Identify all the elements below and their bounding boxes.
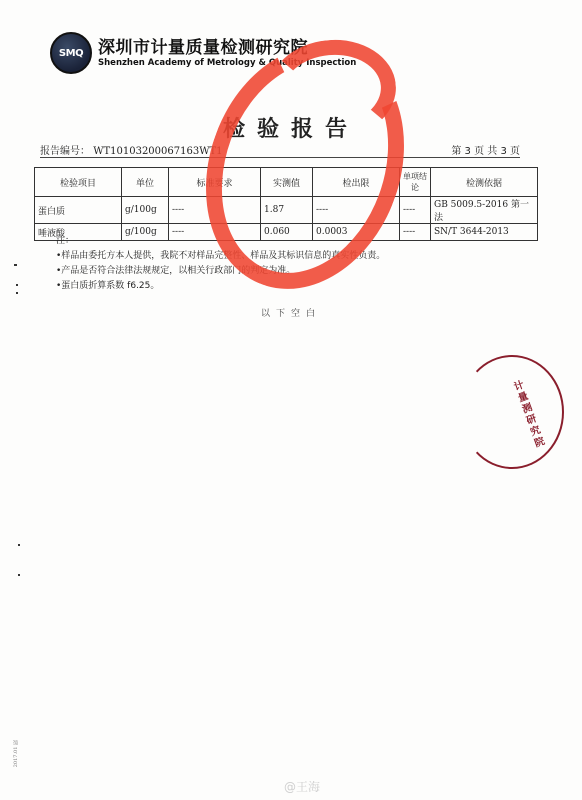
report-number-label: 报告编号： <box>40 146 90 157</box>
scan-speck <box>14 264 17 266</box>
form-code: 2017.01 版 <box>12 740 19 767</box>
cell: GB 5009.5-2016 第一法 <box>431 197 538 224</box>
seal-text: 计量测研究院 <box>508 379 547 452</box>
cell: ---- <box>400 197 431 224</box>
report-number: 报告编号： WT10103200067163WT1 <box>40 142 223 157</box>
col-conclusion: 单项结论 <box>400 168 431 197</box>
col-item: 检验项目 <box>35 168 122 197</box>
col-unit: 单位 <box>122 168 169 197</box>
report-number-value: WT10103200067163WT1 <box>93 146 222 157</box>
official-seal-icon: 计量测研究院 <box>460 355 564 469</box>
page-info: 第 3 页 共 3 页 <box>451 142 520 157</box>
scan-speck <box>16 284 18 286</box>
scan-speck <box>16 292 18 294</box>
scan-speck <box>18 544 20 546</box>
cell: ---- <box>400 224 431 241</box>
col-method: 检测依据 <box>431 168 538 197</box>
cell: 蛋白质 <box>35 197 122 224</box>
blank-below-marker: 以下空白 <box>0 306 582 319</box>
scan-speck <box>18 574 20 576</box>
weibo-watermark: @王海 <box>284 778 320 795</box>
smq-logo-icon: SMQ <box>50 32 92 74</box>
note-item: •蛋白质折算系数 f6.25。 <box>56 279 385 294</box>
cell: g/100g <box>122 197 169 224</box>
cell: SN/T 3644-2013 <box>431 224 538 241</box>
